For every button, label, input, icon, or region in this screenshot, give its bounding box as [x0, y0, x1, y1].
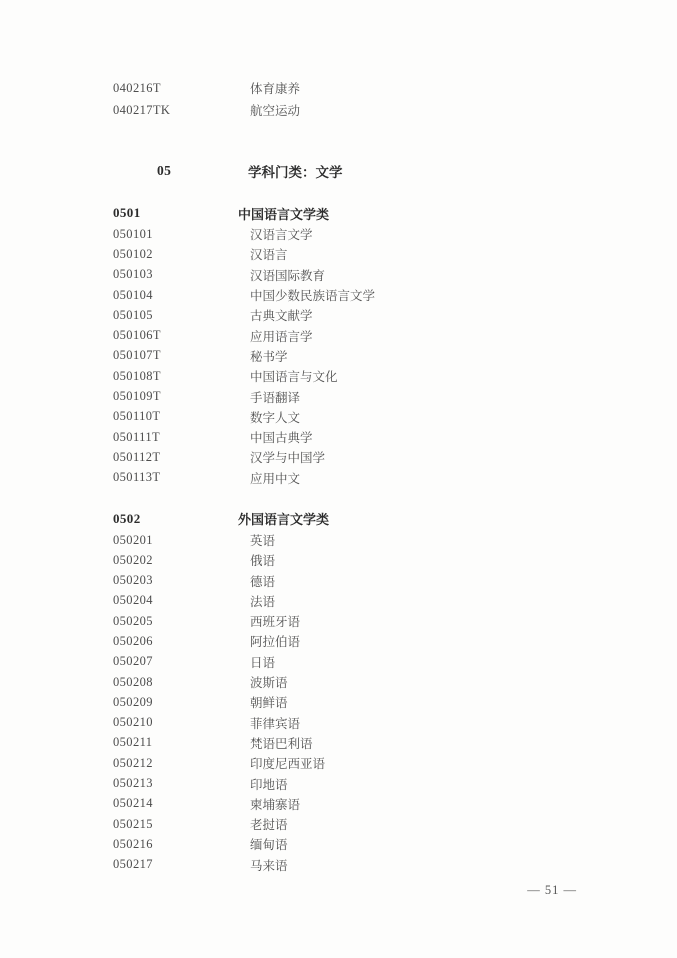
name-cell: 汉学与中国学 [250, 448, 325, 466]
table-row: 050108T 中国语言与文化 [113, 366, 375, 386]
name-cell: 朝鲜语 [250, 693, 288, 711]
table-row: 050215 老挝语 [113, 814, 375, 834]
code-cell: 050108T [113, 369, 250, 384]
code-cell: 0501 [113, 205, 238, 221]
name-cell: 缅甸语 [250, 835, 288, 853]
table-row: 050213 印地语 [113, 773, 375, 793]
table-row: 050104 中国少数民族语言文学 [113, 285, 375, 305]
name-cell: 古典文献学 [250, 306, 313, 324]
category-row: 0501 中国语言文学类 [113, 202, 375, 224]
table-row: 050209 朝鲜语 [113, 692, 375, 712]
name-cell: 马来语 [250, 856, 288, 874]
table-row: 050203 德语 [113, 570, 375, 590]
name-cell: 手语翻译 [250, 388, 300, 406]
page-number: — 51 — [0, 883, 577, 898]
code-cell: 050203 [113, 573, 250, 588]
code-cell: 050215 [113, 817, 250, 832]
code-cell: 050206 [113, 634, 250, 649]
name-cell: 西班牙语 [250, 612, 300, 630]
section-code: 05 [157, 163, 248, 179]
code-cell: 050208 [113, 675, 250, 690]
name-cell: 航空运动 [250, 101, 300, 119]
table-row: 050109T 手语翻译 [113, 386, 375, 406]
code-cell: 050110T [113, 409, 250, 424]
catalog-content: 040216T 体育康养 040217TK 航空运动 05 学科门类：文学 05… [113, 0, 375, 875]
code-cell: 050214 [113, 796, 250, 811]
table-row: 050207 日语 [113, 652, 375, 672]
name-cell: 波斯语 [250, 673, 288, 691]
section-title: 学科门类：文学 [248, 161, 343, 181]
table-row: 050212 印度尼西亚语 [113, 753, 375, 773]
name-cell: 外国语言文学类 [238, 509, 329, 528]
table-row: 050211 梵语巴利语 [113, 733, 375, 753]
discipline-group: 0501 中国语言文学类 050101 汉语言文学 050102 汉语言 050… [113, 202, 375, 488]
code-cell: 050209 [113, 695, 250, 710]
table-row: 050205 西班牙语 [113, 611, 375, 631]
code-cell: 050205 [113, 614, 250, 629]
table-row: 050113T 应用中文 [113, 468, 375, 488]
name-cell: 汉语国际教育 [250, 266, 325, 284]
name-cell: 老挝语 [250, 815, 288, 833]
code-cell: 040217TK [113, 103, 250, 118]
code-cell: 050217 [113, 857, 250, 872]
name-cell: 应用中文 [250, 469, 300, 487]
code-cell: 050111T [113, 430, 250, 445]
table-row: 050103 汉语国际教育 [113, 265, 375, 285]
code-cell: 050216 [113, 837, 250, 852]
table-row: 050106T 应用语言学 [113, 325, 375, 345]
code-cell: 0502 [113, 511, 238, 527]
code-cell: 050211 [113, 735, 250, 750]
name-cell: 德语 [250, 572, 275, 590]
code-cell: 050104 [113, 288, 250, 303]
name-cell: 印地语 [250, 775, 288, 793]
table-row: 050101 汉语言文学 [113, 224, 375, 244]
name-cell: 体育康养 [250, 79, 300, 97]
document-page: 040216T 体育康养 040217TK 航空运动 05 学科门类：文学 05… [0, 0, 677, 958]
table-row: 050102 汉语言 [113, 244, 375, 264]
table-row: 050201 英语 [113, 530, 375, 550]
name-cell: 秘书学 [250, 347, 288, 365]
code-cell: 050202 [113, 553, 250, 568]
code-cell: 050201 [113, 533, 250, 548]
code-cell: 050112T [113, 450, 250, 465]
code-cell: 050105 [113, 308, 250, 323]
code-cell: 040216T [113, 81, 250, 96]
name-cell: 汉语言 [250, 245, 288, 263]
code-cell: 050103 [113, 267, 250, 282]
name-cell: 中国语言文学类 [238, 204, 329, 223]
code-cell: 050210 [113, 715, 250, 730]
name-cell: 英语 [250, 531, 275, 549]
name-cell: 中国古典学 [250, 428, 313, 446]
name-cell: 印度尼西亚语 [250, 754, 325, 772]
table-row: 050202 俄语 [113, 550, 375, 570]
name-cell: 中国语言与文化 [250, 367, 338, 385]
code-cell: 050109T [113, 389, 250, 404]
previous-category-trailing-items: 040216T 体育康养 040217TK 航空运动 [113, 77, 375, 121]
name-cell: 日语 [250, 653, 275, 671]
code-cell: 050107T [113, 348, 250, 363]
table-row: 050111T 中国古典学 [113, 427, 375, 447]
code-cell: 050213 [113, 776, 250, 791]
code-cell: 050212 [113, 756, 250, 771]
code-cell: 050204 [113, 593, 250, 608]
table-row: 050107T 秘书学 [113, 346, 375, 366]
name-cell: 梵语巴利语 [250, 734, 313, 752]
code-cell: 050113T [113, 470, 250, 485]
code-cell: 050102 [113, 247, 250, 262]
name-cell: 俄语 [250, 551, 275, 569]
name-cell: 阿拉伯语 [250, 632, 300, 650]
section-heading: 05 学科门类：文学 [113, 160, 375, 182]
table-row: 050206 阿拉伯语 [113, 631, 375, 651]
name-cell: 数字人文 [250, 408, 300, 426]
category-row: 0502 外国语言文学类 [113, 508, 375, 530]
table-row: 050210 菲律宾语 [113, 713, 375, 733]
table-row: 050214 柬埔寨语 [113, 794, 375, 814]
table-row: 050112T 汉学与中国学 [113, 447, 375, 467]
name-cell: 应用语言学 [250, 327, 313, 345]
table-row: 040217TK 航空运动 [113, 99, 375, 121]
table-row: 050110T 数字人文 [113, 407, 375, 427]
table-row: 050217 马来语 [113, 855, 375, 875]
name-cell: 菲律宾语 [250, 714, 300, 732]
table-row: 050216 缅甸语 [113, 834, 375, 854]
discipline-group: 0502 外国语言文学类 050201 英语 050202 俄语 050203 … [113, 508, 375, 875]
discipline-groups: 0501 中国语言文学类 050101 汉语言文学 050102 汉语言 050… [113, 202, 375, 875]
name-cell: 法语 [250, 592, 275, 610]
name-cell: 柬埔寨语 [250, 795, 300, 813]
name-cell: 汉语言文学 [250, 225, 313, 243]
table-row: 050208 波斯语 [113, 672, 375, 692]
table-row: 050204 法语 [113, 591, 375, 611]
table-row: 050105 古典文献学 [113, 305, 375, 325]
code-cell: 050106T [113, 328, 250, 343]
code-cell: 050101 [113, 227, 250, 242]
name-cell: 中国少数民族语言文学 [250, 286, 375, 304]
table-row: 040216T 体育康养 [113, 77, 375, 99]
code-cell: 050207 [113, 654, 250, 669]
